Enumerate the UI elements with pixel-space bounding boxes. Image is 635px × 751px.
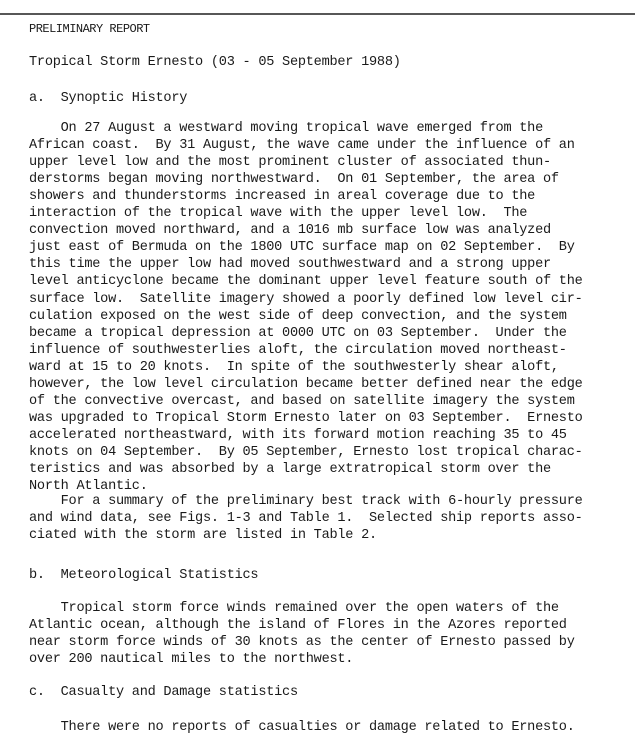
document-title: Tropical Storm Ernesto (03 - 05 Septembe… [29, 54, 401, 71]
section-heading-synoptic-history: a. Synoptic History [29, 90, 187, 107]
text-line: upper level low and the most prominent c… [29, 154, 551, 171]
text-line: teristics and was absorbed by a large ex… [29, 461, 551, 478]
text-line: and wind data, see Figs. 1-3 and Table 1… [29, 510, 583, 527]
text-line: influence of southwesterlies aloft, the … [29, 342, 567, 359]
text-line: showers and thunderstorms increased in a… [29, 188, 535, 205]
text-line: surface low. Satellite imagery showed a … [29, 291, 583, 308]
text-line: For a summary of the preliminary best tr… [29, 493, 583, 510]
text-line: accelerated northeastward, with its forw… [29, 427, 567, 444]
text-line: level anticyclone became the dominant up… [29, 273, 583, 290]
text-line: ward at 15 to 20 knots. In spite of the … [29, 359, 559, 376]
section-heading-casualty-damage: c. Casualty and Damage statistics [29, 684, 298, 701]
report-label: PRELIMINARY REPORT [29, 21, 150, 38]
section-heading-meteorological-statistics: b. Meteorological Statistics [29, 567, 258, 584]
top-rule [0, 13, 635, 15]
text-line: Tropical storm force winds remained over… [29, 600, 559, 617]
text-line: became a tropical depression at 0000 UTC… [29, 325, 567, 342]
text-line: There were no reports of casualties or d… [29, 719, 575, 736]
text-line: of the convective overcast, and based on… [29, 393, 575, 410]
text-line: was upgraded to Tropical Storm Ernesto l… [29, 410, 583, 427]
text-line: Atlantic ocean, although the island of F… [29, 617, 567, 634]
text-line: this time the upper low had moved southw… [29, 256, 551, 273]
text-line: near storm force winds of 30 knots as th… [29, 634, 575, 651]
text-line: African coast. By 31 August, the wave ca… [29, 137, 575, 154]
text-line: just east of Bermuda on the 1800 UTC sur… [29, 239, 575, 256]
text-line: knots on 04 September. By 05 September, … [29, 444, 583, 461]
text-line: culation exposed on the west side of dee… [29, 308, 567, 325]
text-line: ciated with the storm are listed in Tabl… [29, 527, 377, 544]
text-line: however, the low level circulation becam… [29, 376, 583, 393]
text-line: On 27 August a westward moving tropical … [29, 120, 543, 137]
text-line: over 200 nautical miles to the northwest… [29, 651, 353, 668]
text-line: convection moved northward, and a 1016 m… [29, 222, 551, 239]
text-line: interaction of the tropical wave with th… [29, 205, 527, 222]
text-line: derstorms began moving northwestward. On… [29, 171, 559, 188]
